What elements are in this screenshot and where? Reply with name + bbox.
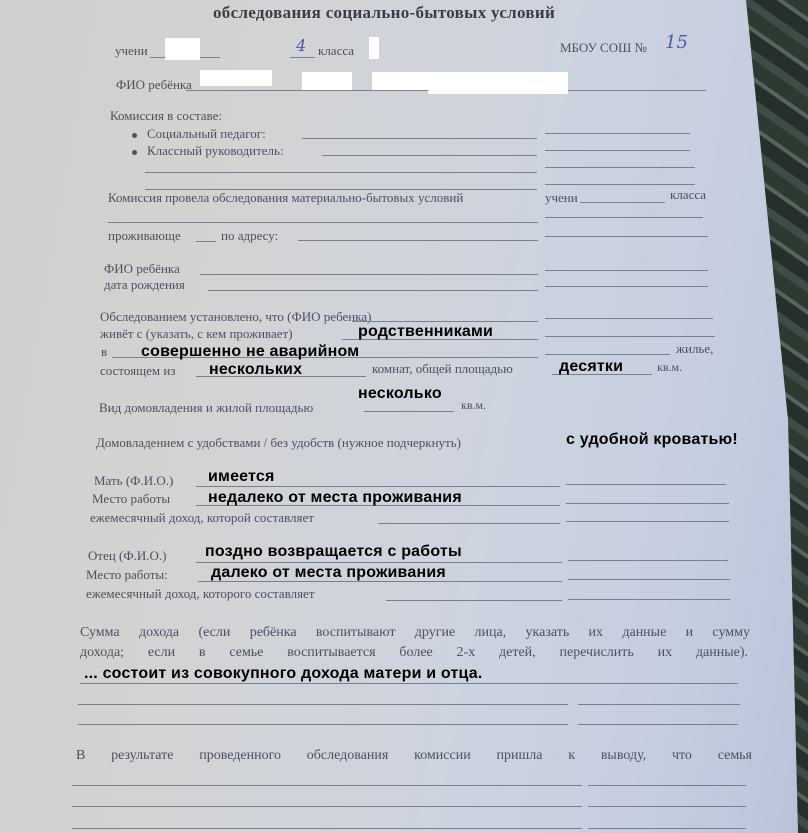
lives-with-value: родственниками [358,323,493,341]
redacted-block [428,72,568,94]
commission-member-label: Классный руководитель: [147,143,284,159]
field-line [200,274,538,275]
living-label: проживающе [108,228,181,244]
mother-name-value: имеется [208,468,275,486]
student-label: учени [115,43,148,59]
field-line [302,138,537,139]
survey-student-label: учени [545,190,578,206]
field-line [196,241,216,242]
mother-work-value: недалеко от места проживания [208,489,462,507]
field-line [545,236,708,237]
school-label: МБОУ СОШ № [560,40,647,56]
field-line [545,150,690,151]
rooms-value: нескольких [209,361,302,379]
field-line [545,184,695,185]
commission-member-label: Социальный педагог: [147,126,266,142]
field-line [545,217,703,218]
field-line [545,167,695,168]
field-line [588,806,746,807]
field-line [80,683,738,684]
redacted-block [165,38,200,60]
redacted-block [302,72,352,90]
housing-suffix: жилье, [676,341,713,357]
child-name-label: ФИО ребёнка [116,77,192,93]
commission-heading: Комиссия в составе: [110,108,222,124]
bullet-icon [132,133,137,138]
field-line [386,600,562,601]
father-work-label: Место работы: [86,567,168,583]
mother-income-label: ежемесячный доход, которой составляет [90,510,314,526]
field-line [545,336,715,337]
field-line [72,828,582,829]
field-line [378,523,560,524]
bullet-icon [132,150,137,155]
address-field-line [298,240,538,241]
father-work-value: далеко от места проживания [211,564,446,582]
field-line [566,484,726,485]
class-label: класса [318,43,354,59]
field-line [78,704,568,705]
field-line [145,172,537,173]
lives-with-label: живёт с (указать, с кем проживает) [100,326,293,342]
in-label: в [101,344,107,360]
field-line [580,202,665,203]
class-number-handwritten: 4 [296,36,306,55]
survey-class-label: класса [670,187,706,203]
field-line [568,560,728,561]
field-line [588,785,746,786]
form-sheet: обследования социально-бытовых условий у… [0,0,808,833]
field-line [545,354,670,355]
field-line [566,503,729,504]
mother-name-label: Мать (Ф.И.О.) [94,473,173,489]
birth-date-label: дата рождения [104,277,185,293]
redacted-block [200,70,272,86]
field-line [78,724,568,725]
amenities-label: Домовладением с удобствами / без удобств… [96,435,461,451]
child-name-label-2: ФИО ребёнка [104,261,180,277]
field-line [545,318,713,319]
father-name-label: Отец (Ф.И.О.) [88,548,167,564]
field-line [545,286,708,287]
field-line [588,828,746,829]
established-label: Обследованием установлено, что (ФИО ребе… [100,309,371,325]
living-area-value: несколько [358,385,442,403]
income-description-line1: Сумма дохода (если ребёнка воспитывают д… [80,625,750,641]
field-line [578,724,738,725]
field-line [196,486,560,487]
rooms-label: комнат, общей площадью [372,361,513,377]
field-line [568,579,730,580]
field-line [196,562,562,563]
survey-intro: Комиссия провела обследования материальн… [108,190,463,206]
page-title: обследования социально-бытовых условий [213,3,555,23]
field-line [578,704,740,705]
field-line [108,222,538,223]
living-area-unit: кв.м. [461,398,486,413]
mother-work-label: Место работы [92,491,170,507]
income-value: ... состоит из совокупного дохода матери… [84,665,483,683]
field-line [72,785,582,786]
field-line [545,133,690,134]
class-number-line [290,57,315,58]
field-line [364,411,454,412]
school-number-handwritten: 15 [665,32,688,53]
address-label: по адресу: [221,228,278,244]
father-income-label: ежемесячный доход, которого составляет [86,586,315,602]
field-line [566,521,729,522]
area-unit: кв.м. [657,360,682,375]
consisting-label: состоящем из [100,363,175,379]
father-name-value: поздно возвращается с работы [205,543,462,561]
amenities-value: с удобной кроватью! [566,431,738,449]
field-line [72,806,582,807]
field-line [352,321,538,322]
redacted-block [372,72,432,90]
conclusion-text: В результате проведенного обследования к… [76,748,752,764]
field-line [568,599,730,600]
field-line [545,270,708,271]
housing-value: совершенно не аварийном [141,343,359,361]
redacted-block [369,37,379,59]
field-line [322,155,537,156]
income-description-line2: дохода; если в семье воспитывается более… [80,645,748,661]
area-value: десятки [559,358,623,376]
field-line [208,290,538,291]
living-area-label: Вид домовладения и жилой площадью [99,400,313,416]
